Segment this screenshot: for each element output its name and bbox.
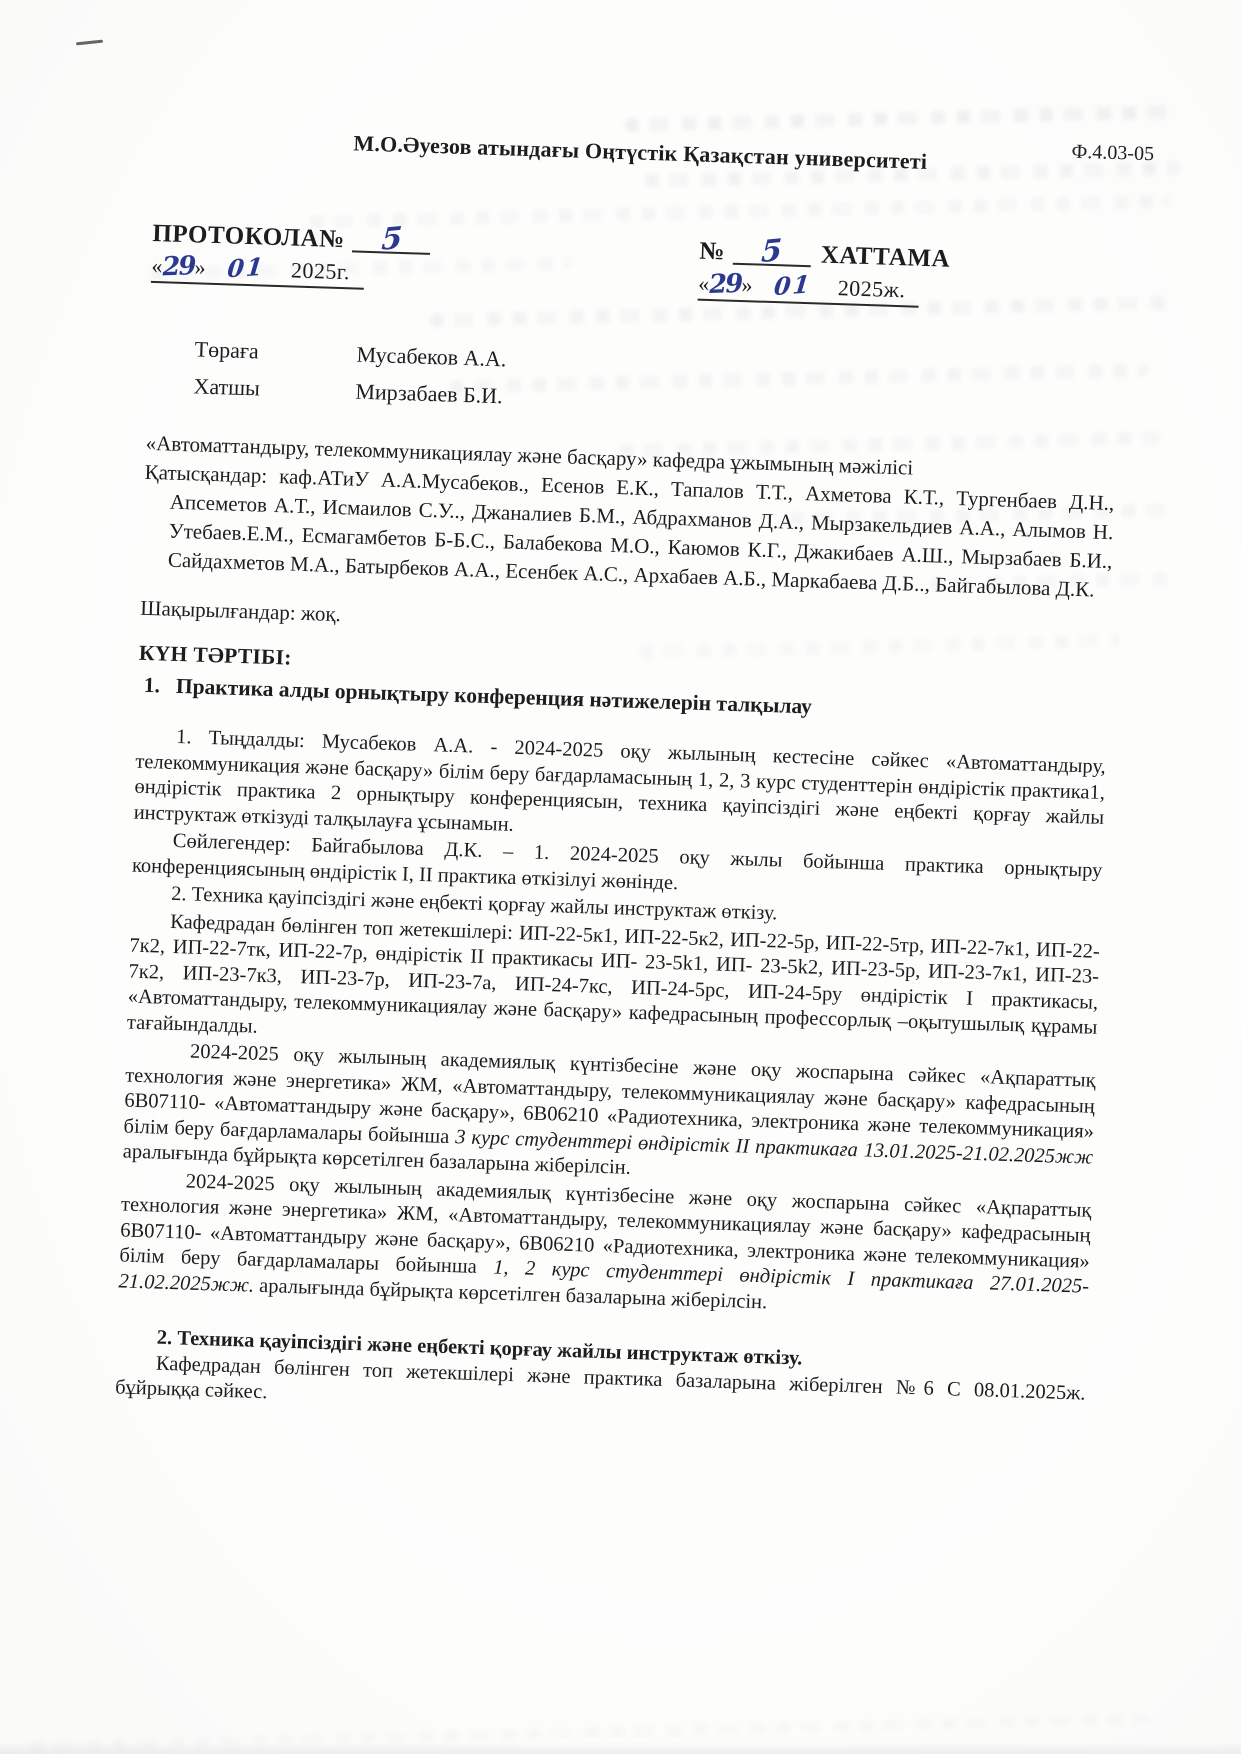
- scanned-protocol-page: М.О.Әуезов атындағы Оңтүстік Қазақстан у…: [0, 0, 1241, 1754]
- protocol-word: ПРОТОКОЛА№: [152, 220, 345, 253]
- quote-close: »: [741, 272, 753, 297]
- number-sign: №: [699, 238, 725, 266]
- chair-name: Мусабеков А.А.: [356, 342, 506, 372]
- protocol-date-ru: «29»012025г.: [151, 252, 365, 290]
- handwritten-month: 01: [226, 254, 266, 282]
- agenda-section: КҮН ТӘРТІБІ: 1.Практика алды орнықтыру к…: [137, 641, 1108, 729]
- handwritten-protocol-number: 5: [380, 224, 403, 256]
- handwritten-protocol-number: 5: [761, 236, 784, 268]
- meeting-block: «Автоматтандыру, телекоммуникациялау жән…: [141, 429, 1115, 605]
- protocol-block-kz: №5ХАТТАМА «29»012025ж.: [698, 232, 951, 309]
- hattama-word: ХАТТАМА: [820, 242, 950, 273]
- protocol-number-row: ПРОТОКОЛА№5 «29»012025г. №5ХАТТАМА «29»0…: [151, 214, 951, 309]
- printed-year: 2025г.: [291, 257, 351, 284]
- protocol-date-kz: «29»012025ж.: [698, 270, 920, 308]
- protocol-label-ru: ПРОТОКОЛА№5: [152, 214, 441, 255]
- handwritten-month: 01: [773, 271, 813, 299]
- protocol-block-ru: ПРОТОКОЛА№5 «29»012025г.: [151, 214, 441, 292]
- handwritten-day: 29: [162, 254, 195, 280]
- protocol-number-slot: 5: [733, 233, 812, 268]
- quote-close: »: [194, 254, 206, 279]
- document-content: М.О.Әуезов атындағы Оңтүстік Қазақстан у…: [115, 124, 1126, 1432]
- chair-label: Төраға: [194, 330, 357, 372]
- protocol-label-kz: №5ХАТТАМА: [699, 232, 951, 272]
- form-code: Ф.4.03-05: [1071, 140, 1154, 168]
- handwritten-day: 29: [709, 272, 742, 298]
- university-title: М.О.Әуезов атындағы Оңтүстік Қазақстан у…: [155, 124, 1125, 180]
- bleedthrough-artifact: [625, 105, 1180, 132]
- scan-edge-shadow: [0, 1742, 1241, 1754]
- pen-mark: [76, 40, 103, 46]
- officials-block: ТөрағаМусабеков А.А. ХатшыМирзабаев Б.И.: [193, 330, 1119, 434]
- agenda-item-number: 1.: [143, 673, 160, 698]
- invited-line: Шақырылғандар: жоқ.: [140, 596, 1110, 652]
- secretary-label: Хатшы: [193, 367, 356, 409]
- protocol-number-slot: 5: [352, 220, 431, 255]
- secretary-name: Мирзабаев Б.И.: [355, 379, 503, 409]
- document-header: М.О.Әуезов атындағы Оңтүстік Қазақстан у…: [155, 124, 1126, 189]
- printed-year: 2025ж.: [837, 275, 905, 302]
